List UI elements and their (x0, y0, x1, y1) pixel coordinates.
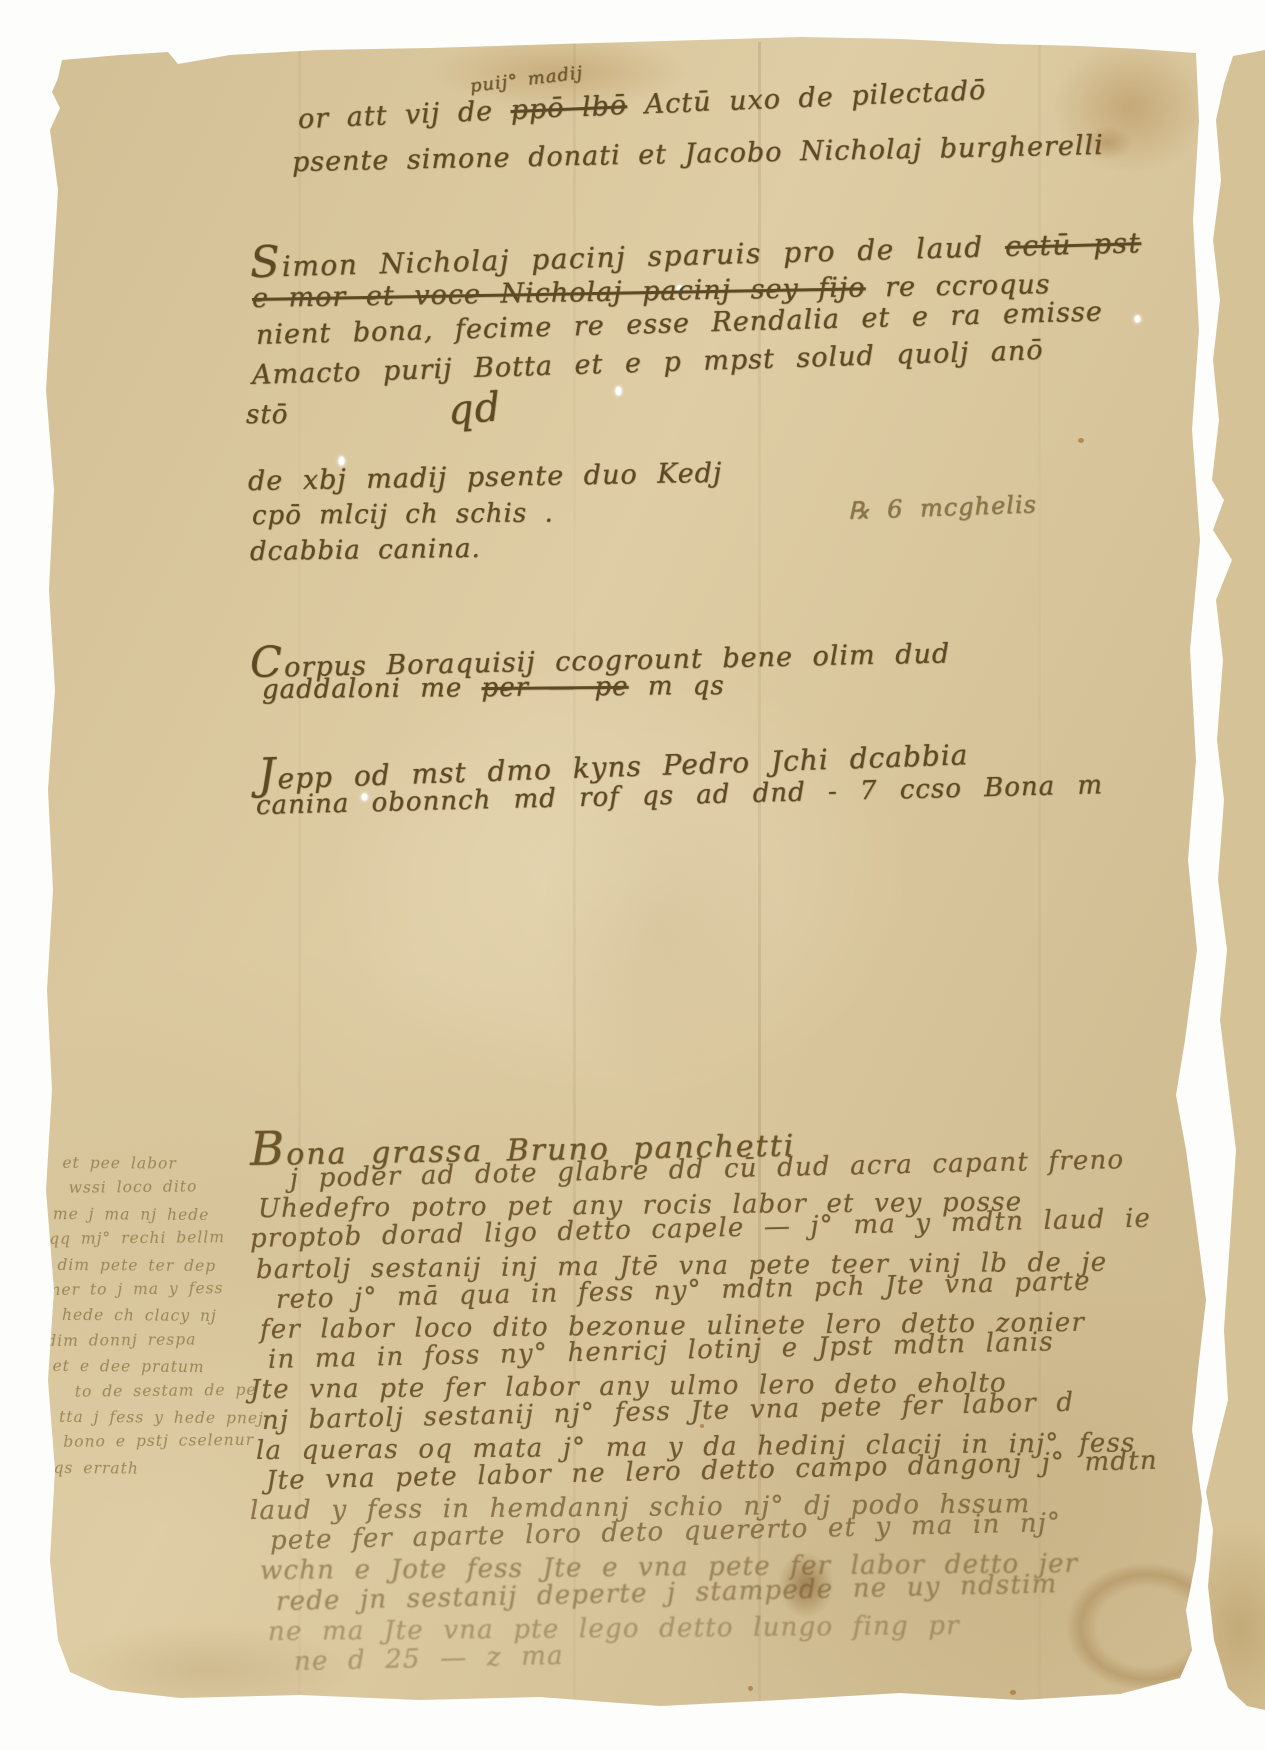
dense-text-block: j poder ad dote glabre dd cū dud acra ca… (250, 1164, 1150, 1677)
strikethrough-text: ppō lbō (510, 90, 628, 126)
paper-speck (1078, 438, 1084, 443)
margin-notes-block: et pee labor wssi loco dito me j ma nj h… (44, 1149, 257, 1481)
wormhole (1134, 315, 1141, 323)
margin-note: qs errath (54, 1456, 258, 1483)
wormhole (615, 386, 622, 396)
paper-speck (1010, 1690, 1016, 1695)
manuscript-line: cpō mlcij ch schis . (252, 498, 554, 531)
margin-note: to de sestam de pe (75, 1377, 257, 1404)
margin-note: bono e pstj cselenur (63, 1428, 257, 1455)
line-text: gaddaloni me (262, 673, 463, 705)
margin-note: wssi loco dito (69, 1174, 255, 1201)
strikethrough-text: per — pe (481, 672, 628, 703)
margin-note: mer to j ma y fess (46, 1276, 256, 1304)
flourish-abbreviation: qd (446, 384, 502, 434)
manuscript-page: puij° madij or att vij de ppō lbō Actū u… (0, 0, 1265, 1750)
manuscript-line: gaddaloni me per — pe m qs (262, 671, 725, 705)
scanner-background: { "document": { "kind_label": "handwritt… (0, 0, 1265, 1750)
line-text: m qs (648, 671, 725, 702)
manuscript-line: stō (246, 400, 288, 430)
margin-note: qq mj° rechi bellm (49, 1225, 255, 1253)
strikethrough-text: cctū pst (1005, 226, 1142, 263)
margin-note: dim donnj respa (46, 1327, 256, 1355)
paper-speck (748, 1686, 753, 1691)
manuscript-line: dcabbia canina. (250, 534, 481, 567)
